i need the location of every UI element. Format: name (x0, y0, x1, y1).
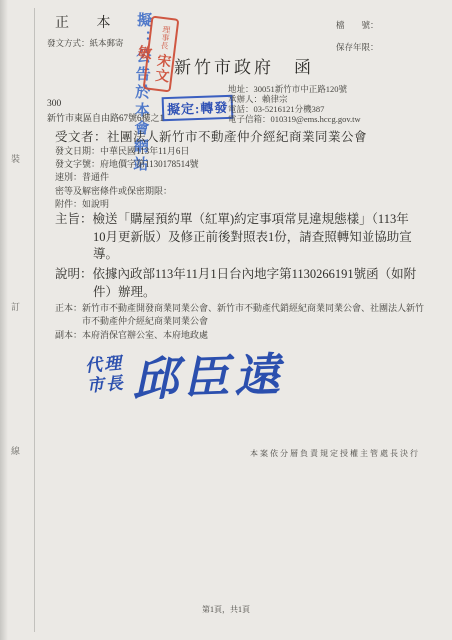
retention-period-label: 保存年限： (336, 41, 379, 53)
description-block: 說明：依據內政部113年11月1日台內地字第1130266191號函（如附件）辦… (55, 266, 419, 301)
recipient-line: 受文者：社團法人新竹市不動產仲介經紀商業同業公會 (55, 127, 367, 145)
original-text: 新竹市不動產開發商業同業公會、新竹市不動產代銷經紀商業同業公會、社團法人新竹市不… (82, 303, 424, 326)
signature-title: 代理 市長 (84, 353, 125, 396)
routing-blue-stamp: 擬定:轉發 (162, 95, 234, 121)
copy-type-label: 正 本 (55, 12, 123, 32)
subject-paragraph: 主旨：檢送「購屋預約單（紅單)約定事項常見違規態樣」（113年10月更新版）及修… (55, 211, 419, 264)
binding-mark-xian: 線 (11, 444, 20, 457)
signature-name: 邱臣遠 (131, 346, 286, 409)
original-label: 正本： (55, 303, 82, 313)
cc-recipients: 副本：本府消保官辦公室、本府地政處 (55, 329, 425, 342)
scan-edge-shadow (0, 0, 8, 640)
issue-number: 發文字號：府地價字第1130178514號 (55, 158, 199, 171)
security-class: 密等及解密條件或保密期限： (55, 185, 199, 198)
attachment-note: 附件：如說明 (55, 198, 199, 211)
subject-block: 主旨：檢送「購屋預約單（紅單)約定事項常見違規態樣」（113年10月更新版）及修… (55, 211, 419, 264)
binding-mark-zhuang: 裝 (11, 152, 20, 165)
subject-text: 檢送「購屋預約單（紅單)約定事項常見違規態樣」（113年10月更新版）及修正前後… (93, 212, 412, 261)
contact-block: 地址：30051新竹市中正路120號 承辦人：賴律宗 電話：03-5216121… (228, 84, 361, 124)
recipient-street-address: 新竹市東區自由路67號6樓之1 (47, 111, 164, 124)
speed-class: 速別：普通件 (55, 171, 199, 184)
cc-label: 副本： (55, 330, 82, 340)
delivery-method: 發文方式：紙本郵寄 (47, 37, 124, 49)
page-number-footer: 第1頁，共1頁 (0, 604, 452, 615)
red-stamp-title: 理事長 (160, 25, 172, 50)
mayor-signature: 代理 市長 邱臣遠 (86, 349, 285, 407)
contact-person: 承辦人：賴律宗 (228, 94, 361, 104)
distribution-block: 正本：新竹市不動產開發商業同業公會、新竹市不動產代銷經紀商業同業公會、社團法人新… (55, 302, 425, 341)
issue-date: 發文日期：中華民國113年11月6日 (55, 145, 199, 158)
agency-address: 地址：30051新竹市中正路120號 (228, 84, 361, 94)
original-recipients: 正本：新竹市不動產開發商業同業公會、新竹市不動產代銷經紀商業同業公會、社團法人新… (55, 302, 425, 328)
scanned-official-letter: 裝 訂 線 正 本 發文方式：紙本郵寄 檔 號： 保存年限： 擬：公告於本會網站… (0, 0, 452, 640)
binding-mark-ding: 訂 (11, 300, 20, 313)
contact-email: 電子信箱：010319@ems.hccg.gov.tw (228, 114, 361, 124)
description-text: 依據內政部113年11月1日台內地字第1130266191號函（如附件）辦理。 (93, 267, 417, 299)
recipient-zip: 300 (47, 99, 61, 109)
document-meta-block: 發文日期：中華民國113年11月6日 發文字號：府地價字第1130178514號… (55, 145, 199, 211)
cc-text: 本府消保官辦公室、本府地政處 (82, 330, 208, 340)
subject-label: 主旨： (55, 212, 93, 226)
document-title: 新竹市政府 函 (174, 53, 314, 78)
delegation-note: 本案依分層負責規定授權主管處長決行 (250, 448, 420, 459)
signature-title-line2: 市長 (86, 373, 126, 396)
contact-phone: 電話：03-5216121分機387 (228, 104, 361, 114)
file-number-label: 檔 號： (336, 19, 379, 31)
description-label: 說明： (55, 267, 93, 281)
description-paragraph: 說明：依據內政部113年11月1日台內地字第1130266191號函（如附件）辦… (55, 266, 419, 301)
binding-line (34, 8, 35, 632)
